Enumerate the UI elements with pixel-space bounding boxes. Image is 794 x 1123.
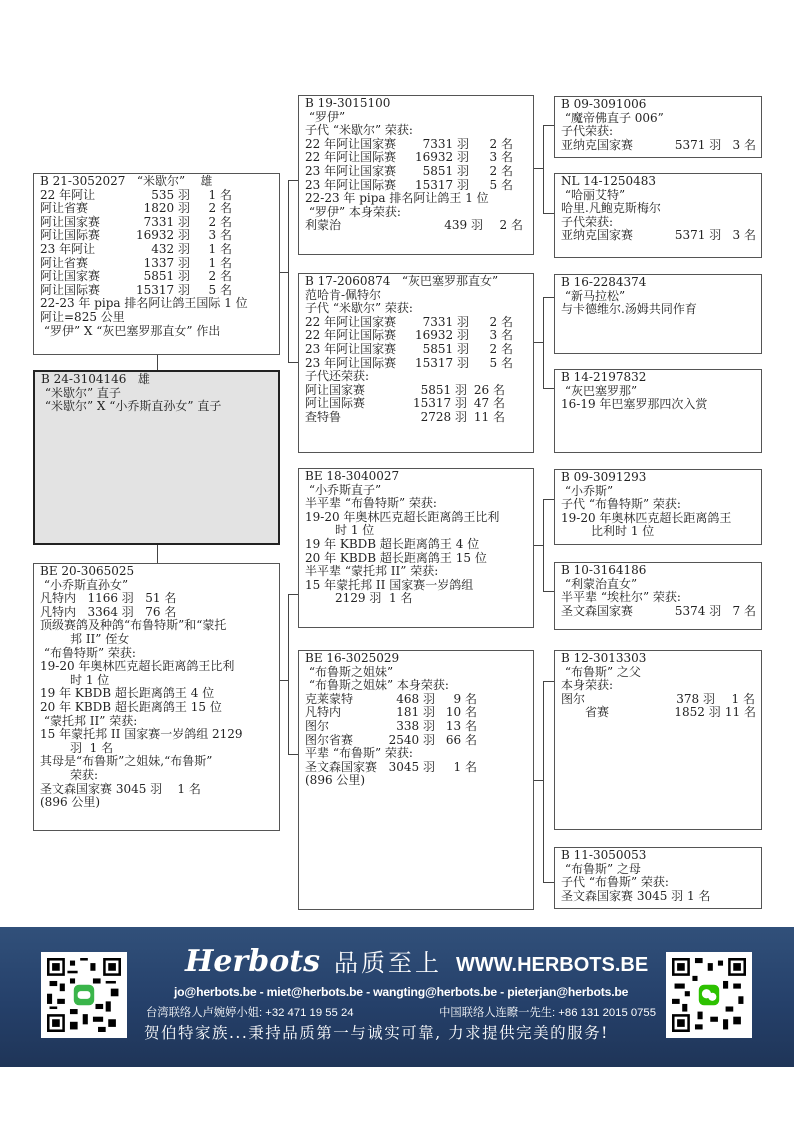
text-line: BE 16-3025029: [305, 652, 528, 666]
result-row: 23 年阿让432 羽1 名: [40, 243, 274, 257]
race-name: 阿让国际赛: [40, 229, 128, 243]
text-line: 比利时 1 位: [561, 525, 756, 539]
race-name: 22 年阿让国际赛: [305, 151, 407, 165]
placement: 5 名: [469, 357, 513, 371]
race-name: 23 年阿让国家赛: [305, 165, 407, 179]
sire-sire-own-results: 利蒙治439 羽2 名: [305, 219, 528, 233]
placement: 11 名: [467, 411, 505, 425]
placement: 3 名: [721, 229, 756, 243]
text-line: 时 1 位: [305, 524, 528, 538]
race-name: 查特鲁: [305, 411, 385, 425]
bird-count: 5851 羽: [128, 270, 190, 284]
text-line: 20 年 KBDB 超长距离鸽王 15 位: [40, 701, 274, 715]
bird-count: 7331 羽: [407, 316, 469, 330]
placement: 3 名: [190, 229, 232, 243]
bird-count: 15317 羽: [385, 397, 467, 411]
sire-note: 22-23 年 pipa 排名阿让鸽王国际 1 位: [40, 297, 274, 311]
footer-banner: Herbots 品质至上 WWW.HERBOTS.BE jo@herbots.b…: [0, 927, 794, 1067]
sire-sire-head: B 19-3015100 “罗伊”子代 “米歇尔” 荣获:: [305, 97, 528, 138]
sire-dam-mid: 子代还荣获:: [305, 370, 528, 384]
sire-dam-more-results: 阿让国家赛5851 羽26 名阿让国际赛15317 羽47 名查特鲁2728 羽…: [305, 384, 528, 425]
sire-results: 22 年阿让535 羽1 名阿让省赛1820 羽2 名阿让国家赛7331 羽2 …: [40, 189, 274, 298]
bird-count: 378 羽: [653, 693, 715, 707]
text-line: BE 20-3065025: [40, 565, 274, 579]
bird-count: 5374 羽: [665, 605, 721, 619]
text-line: 圣文森国家赛 3045 羽 1 名: [40, 783, 274, 797]
text-line: B 12-3013303: [561, 652, 756, 666]
text-line: B 24-3104146 雄: [41, 373, 273, 387]
result-row: 23 年阿让国家赛5851 羽2 名: [305, 165, 528, 179]
text-line: 19-20 年奥林匹克超长距离鸽王比利: [40, 660, 274, 674]
text-line: 与卡德维尔.汤姆共同作育: [561, 303, 756, 317]
result-row: 圣文森国家赛5374 羽7 名: [561, 605, 756, 619]
placement: 2 名: [469, 165, 513, 179]
sire-dam-results: 22 年阿让国家赛7331 羽2 名22 年阿让国际赛16932 羽3 名23 …: [305, 316, 528, 370]
placement: 1 名: [190, 243, 232, 257]
race-name: 阿让国家赛: [40, 270, 128, 284]
text-line: (896 公里): [305, 774, 528, 788]
ggp-card-2: NL 14-1250483 “哈丽艾特”哈里.凡鲍克斯梅尔子代荣获:亚纳克国家赛…: [554, 173, 762, 258]
text-line: 19 年 KBDB 超长距离鸽王 4 位: [305, 538, 528, 552]
qr-code-wechat[interactable]: [666, 952, 752, 1038]
qr-code-icon: [47, 958, 121, 1032]
placement: 7 名: [721, 605, 756, 619]
placement: 1 名: [435, 761, 477, 775]
connector: [279, 272, 288, 273]
placement: 26 名: [467, 384, 505, 398]
bird-count: 439 羽: [413, 219, 483, 233]
text-line: 16-19 年巴塞罗那四次入赏: [561, 398, 756, 412]
placement: 1 名: [190, 189, 232, 203]
bird-count: 468 羽: [385, 693, 435, 707]
connector: [543, 213, 554, 214]
text-line: 子代还荣获:: [305, 370, 528, 384]
text-line: 荣获:: [40, 769, 274, 783]
qr-code-line[interactable]: [41, 952, 127, 1038]
subject-card: B 24-3104146 雄 “米歇尔” 直子 “米歇尔” X “小乔斯直孙女”…: [33, 370, 280, 545]
race-name: 阿让国际赛: [305, 397, 385, 411]
placement: 47 名: [467, 397, 505, 411]
dam-dam-head: BE 16-3025029 “布鲁斯之姐妹” “布鲁斯之姐妹” 本身荣获:: [305, 652, 528, 693]
text-line: 半平辈 “蒙托邦 II” 荣获:: [305, 565, 528, 579]
placement: 2 名: [469, 316, 513, 330]
connector: [543, 499, 554, 500]
text-line: 子代 “布鲁特斯” 荣获:: [561, 498, 756, 512]
result-row: 23 年阿让国家赛5851 羽2 名: [305, 343, 528, 357]
result-row: 22 年阿让国际赛16932 羽3 名: [305, 329, 528, 343]
connector: [543, 591, 554, 592]
dam-dam-sibling-results: 圣文森国家赛3045 羽1 名: [305, 761, 528, 775]
text-line: 子代 “米歇尔” 荣获:: [305, 302, 528, 316]
bird-count: 5851 羽: [385, 384, 467, 398]
result-row: 阿让国际赛16932 羽3 名: [40, 229, 274, 243]
subject-lines: B 24-3104146 雄 “米歇尔” 直子 “米歇尔” X “小乔斯直孙女”…: [41, 373, 273, 414]
bird-count: 1852 羽: [666, 706, 721, 720]
sire-dam-card: B 17-2060874 “灰巴塞罗那直女”范哈肯-佩特尔子代 “米歇尔” 荣获…: [298, 273, 534, 453]
placement: 2 名: [469, 343, 513, 357]
placement: 66 名: [435, 734, 477, 748]
result-row: 利蒙治439 羽2 名: [305, 219, 528, 233]
contact-row: 台湾联络人卢婉婷小姐: +32 471 19 55 24 中国联络人连瞭一先生:…: [146, 1004, 656, 1020]
placement: 13 名: [435, 720, 477, 734]
sire-card: B 21-3052027 “米歇尔” 雄 22 年阿让535 羽1 名阿让省赛1…: [33, 173, 280, 355]
text-line: 19 年 KBDB 超长距离鸽王 4 位: [40, 687, 274, 701]
text-line: 其母是“布鲁斯”之姐妹,“布鲁斯”: [40, 755, 274, 769]
text-line: 2129 羽 1 名: [305, 592, 528, 606]
text-line: 本身荣获:: [561, 679, 756, 693]
dam-dam-results: 克莱蒙特468 羽9 名凡特内181 羽10 名图尔338 羽13 名图尔省赛2…: [305, 693, 528, 747]
dam-sire-lines: BE 18-3040027 “小乔斯直子”半平辈 “布鲁特斯” 荣获:19-20…: [305, 470, 528, 606]
contact-taiwan: 台湾联络人卢婉婷小姐: +32 471 19 55 24: [146, 1004, 354, 1020]
race-name: 22 年阿让国际赛: [305, 329, 407, 343]
result-row: 省赛1852 羽11 名: [561, 706, 756, 720]
placement: 10 名: [435, 706, 477, 720]
bird-count: 1337 羽: [128, 257, 190, 271]
bird-count: 5371 羽: [665, 229, 721, 243]
connector: [534, 342, 543, 343]
connector: [288, 594, 289, 754]
text-line: 子代荣获:: [561, 125, 756, 139]
bird-count: 432 羽: [128, 243, 190, 257]
dam-lines: BE 20-3065025 “小乔斯直孙女”凡特内 1166 羽 51 名凡特内…: [40, 565, 274, 810]
connector: [288, 180, 298, 181]
connector: [288, 754, 298, 755]
sire-sire-results: 22 年阿让国家赛7331 羽2 名22 年阿让国际赛16932 羽3 名23 …: [305, 138, 528, 192]
text-line: B 17-2060874 “灰巴塞罗那直女”: [305, 275, 528, 289]
sire-sire-mid: 22-23 年 pipa 排名阿让鸽王 1 位 “罗伊” 本身荣获:: [305, 192, 528, 219]
sire-note: 阿让=825 公里: [40, 311, 274, 325]
ggp-card-5: B 09-3091293 “小乔斯”子代 “布鲁特斯” 荣获:19-20 年奥林…: [554, 469, 762, 545]
ggp-card-8: B 11-3050053 “布鲁斯” 之母子代 “布鲁斯” 荣获:圣文森国家赛 …: [554, 847, 762, 909]
placement: 11 名: [721, 706, 756, 720]
brand-row: Herbots 品质至上 WWW.HERBOTS.BE: [185, 943, 648, 983]
bird-count: 3045 羽: [385, 761, 435, 775]
race-name: 凡特内: [305, 706, 385, 720]
bird-count: 7331 羽: [128, 216, 190, 230]
ggp-card-6: B 10-3164186 “利蒙治直女”半平辈 “埃杜尔” 荣获:圣文森国家赛5…: [554, 562, 762, 630]
text-line: B 09-3091006: [561, 98, 756, 112]
text-line: B 14-2197832: [561, 371, 756, 385]
placement: 2 名: [190, 216, 232, 230]
placement: 3 名: [469, 151, 513, 165]
text-line: “米歇尔” X “小乔斯直孙女” 直子: [41, 400, 273, 414]
text-line: 邦 II” 侄女: [40, 633, 274, 647]
dam-card: BE 20-3065025 “小乔斯直孙女”凡特内 1166 羽 51 名凡特内…: [33, 563, 280, 831]
connector: [288, 594, 298, 595]
result-row: 圣文森国家赛3045 羽1 名: [305, 761, 528, 775]
text-line: B 10-3164186: [561, 564, 756, 578]
placement: 3 名: [721, 139, 756, 153]
ggp-card-4: B 14-2197832 “灰巴塞罗那”16-19 年巴塞罗那四次入赏: [554, 369, 762, 453]
connector: [534, 545, 543, 546]
text-line: 圣文森国家赛 3045 羽 1 名: [561, 890, 756, 904]
placement: 1 名: [715, 693, 755, 707]
result-row: 亚纳克国家赛5371 羽3 名: [561, 229, 756, 243]
race-name: 23 年阿让国家赛: [305, 343, 407, 357]
placement: 2 名: [483, 219, 523, 233]
text-line: “布鲁斯之姐妹” 本身荣获:: [305, 679, 528, 693]
connector: [543, 297, 544, 388]
slogan: 品质至上: [334, 943, 442, 978]
text-line: 凡特内 1166 羽 51 名: [40, 592, 274, 606]
qr-code-icon: [672, 958, 746, 1032]
text-line: B 09-3091293: [561, 471, 756, 485]
connector: [543, 125, 554, 126]
bird-count: 5851 羽: [407, 165, 469, 179]
bird-count: 7331 羽: [407, 138, 469, 152]
text-line: 顶级赛鸽及种鸽“布鲁特斯”和“蒙托: [40, 619, 274, 633]
result-row: 查特鲁2728 羽11 名: [305, 411, 528, 425]
bird-count: 5851 羽: [407, 343, 469, 357]
text-line: BE 18-3040027: [305, 470, 528, 484]
race-name: 23 年阿让: [40, 243, 128, 257]
dam-dam-tail: (896 公里): [305, 774, 528, 788]
bird-count: 15317 羽: [407, 357, 469, 371]
text-line: B 11-3050053: [561, 849, 756, 863]
result-row: 阿让国家赛5851 羽2 名: [40, 270, 274, 284]
placement: 9 名: [435, 693, 477, 707]
text-line: B 19-3015100: [305, 97, 528, 111]
text-line: 子代 “布鲁斯” 荣获:: [561, 876, 756, 890]
connector: [543, 297, 554, 298]
connector: [543, 681, 544, 882]
text-line: 子代 “米歇尔” 荣获:: [305, 124, 528, 138]
race-name: 亚纳克国家赛: [561, 139, 665, 153]
bird-count: 535 羽: [128, 189, 190, 203]
connector: [543, 125, 544, 213]
email-list[interactable]: jo@herbots.be - miet@herbots.be - wangti…: [174, 985, 628, 999]
text-line: 半平辈 “埃杜尔” 荣获:: [561, 591, 756, 605]
connector: [543, 388, 554, 389]
sire-sire-card: B 19-3015100 “罗伊”子代 “米歇尔” 荣获: 22 年阿让国家赛7…: [298, 95, 534, 255]
dam-sire-card: BE 18-3040027 “小乔斯直子”半平辈 “布鲁特斯” 荣获:19-20…: [298, 468, 534, 628]
contact-china: 中国联络人连瞭一先生: +86 131 2015 0755: [439, 1004, 656, 1020]
text-line: NL 14-1250483: [561, 175, 756, 189]
ggp-card-3: B 16-2284374 “新马拉松”与卡德维尔.汤姆共同作育: [554, 274, 762, 354]
race-name: 利蒙治: [305, 219, 413, 233]
race-name: 亚纳克国家赛: [561, 229, 665, 243]
text-line: 15 年蒙托邦 II 国家赛一岁鸽组 2129: [40, 728, 274, 742]
result-row: 凡特内181 羽10 名: [305, 706, 528, 720]
bird-count: 181 羽: [385, 706, 435, 720]
text-line: 哈里.凡鲍克斯梅尔: [561, 202, 756, 216]
placement: 2 名: [190, 270, 232, 284]
dam-dam-card: BE 16-3025029 “布鲁斯之姐妹” “布鲁斯之姐妹” 本身荣获: 克莱…: [298, 650, 534, 910]
sire-note: “罗伊” X “灰巴塞罗那直女” 作出: [40, 325, 274, 339]
connector: [543, 681, 554, 682]
result-row: 亚纳克国家赛5371 羽3 名: [561, 139, 756, 153]
sire-dam-head: B 17-2060874 “灰巴塞罗那直女”范哈肯-佩特尔子代 “米歇尔” 荣获…: [305, 275, 528, 316]
connector: [279, 680, 288, 681]
text-line: 半平辈 “布鲁特斯” 荣获:: [305, 497, 528, 511]
placement: 2 名: [469, 138, 513, 152]
sire-header: B 21-3052027 “米歇尔” 雄: [40, 175, 274, 189]
bird-count: 16932 羽: [128, 229, 190, 243]
bird-count: 16932 羽: [407, 329, 469, 343]
race-name: 圣文森国家赛: [561, 605, 665, 619]
dam-dam-mid: 平辈 “布鲁斯” 荣获:: [305, 747, 528, 761]
connector: [534, 780, 543, 781]
connector: [543, 499, 544, 591]
race-name: 阿让省赛: [40, 202, 128, 216]
connector: [157, 545, 158, 563]
connector: [288, 180, 289, 362]
bird-count: 338 羽: [385, 720, 435, 734]
race-name: 省赛: [561, 706, 666, 720]
result-row: 阿让省赛1820 羽2 名: [40, 202, 274, 216]
website-link[interactable]: WWW.HERBOTS.BE: [456, 954, 648, 977]
text-line: 平辈 “布鲁斯” 荣获:: [305, 747, 528, 761]
ggp-card-7: B 12-3013303 “布鲁斯” 之父本身荣获:图尔378 羽1 名省赛18…: [554, 650, 762, 830]
motto: 贺伯特家族...秉持品质第一与诚实可靠, 力求提供完美的服务!: [144, 1021, 609, 1043]
placement: 3 名: [469, 329, 513, 343]
race-name: 圣文森国家赛: [305, 761, 385, 775]
text-line: B 16-2284374: [561, 276, 756, 290]
connector: [288, 362, 298, 363]
herbots-logo: Herbots: [185, 944, 320, 979]
result-row: 阿让国际赛15317 羽47 名: [305, 397, 528, 411]
ggp-card-1: B 09-3091006 “魔帝佛直子 006”子代荣获:亚纳克国家赛5371 …: [554, 96, 762, 158]
connector: [534, 168, 543, 169]
result-row: 22 年阿让国际赛16932 羽3 名: [305, 151, 528, 165]
connector: [157, 355, 158, 370]
text-line: 22-23 年 pipa 排名阿让鸽王 1 位: [305, 192, 528, 206]
bird-count: 1820 羽: [128, 202, 190, 216]
connector: [543, 882, 554, 883]
placement: 2 名: [190, 202, 232, 216]
text-line: 15 年蒙托邦 II 国家赛一岁鸽组: [305, 579, 528, 593]
bird-count: 16932 羽: [407, 151, 469, 165]
text-line: (896 公里): [40, 796, 274, 810]
result-row: 图尔338 羽13 名: [305, 720, 528, 734]
race-name: 图尔: [305, 720, 385, 734]
bird-count: 5371 羽: [665, 139, 721, 153]
placement: 1 名: [190, 257, 232, 271]
bird-count: 2728 羽: [385, 411, 467, 425]
